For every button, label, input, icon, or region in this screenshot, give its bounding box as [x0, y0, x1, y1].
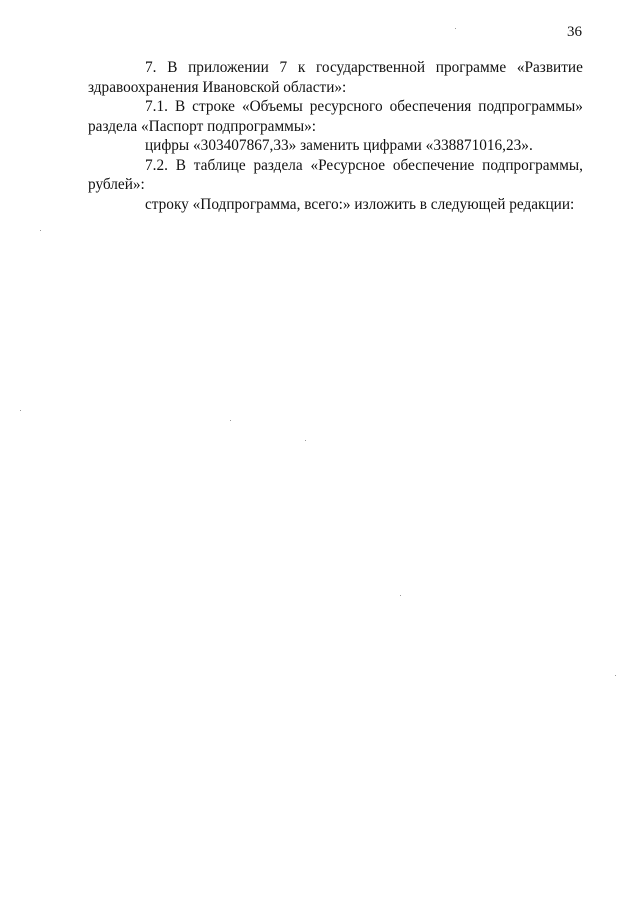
paragraph-7-1-line-2: раздела «Паспорт подпрограммы»:: [88, 117, 583, 137]
page-number: 36: [567, 24, 582, 41]
paragraph-7: 7. В приложении 7 к государственной прог…: [88, 58, 583, 97]
paragraph-7-line-1: 7. В приложении 7 к государственной прог…: [88, 58, 583, 78]
paragraph-7-1-figures: цифры «303407867,33» заменить цифрами «3…: [88, 136, 583, 156]
paragraph-7-2: 7.2. В таблице раздела «Ресурсное обеспе…: [88, 156, 583, 195]
word: В: [167, 58, 177, 78]
paragraph-7-2-row-line-1: строку «Подпрограмма, всего:» изложить в…: [88, 195, 583, 215]
word: ресурсного: [310, 97, 383, 117]
scan-speck: [230, 420, 231, 421]
document-body: 7. В приложении 7 к государственной прог…: [88, 58, 583, 214]
word: В: [175, 97, 185, 117]
paragraph-7-2-row: строку «Подпрограмма, всего:» изложить в…: [88, 195, 583, 215]
paragraph-7-1: 7.1. В строке «Объемы ресурсного обеспеч…: [88, 97, 583, 136]
paragraph-7-2-line-2: рублей»:: [88, 175, 583, 195]
word: программе: [436, 58, 506, 78]
scan-speck: [20, 410, 21, 411]
word: строке: [192, 97, 235, 117]
paragraph-7-1-figures-line-1: цифры «303407867,33» заменить цифрами «3…: [88, 136, 583, 156]
word: 7.1.: [145, 97, 168, 117]
word: подпрограммы»: [478, 97, 583, 117]
scan-speck: [615, 675, 616, 676]
word: 7: [279, 58, 287, 78]
scan-speck: [400, 595, 401, 596]
paragraph-7-line-2: здравоохранения Ивановской области»:: [88, 78, 583, 98]
word: к: [298, 58, 305, 78]
word: государственной: [316, 58, 425, 78]
word: подпрограммы,: [482, 156, 583, 176]
paragraph-7-1-line-1: 7.1. В строке «Объемы ресурсного обеспеч…: [88, 97, 583, 117]
word: В: [176, 156, 186, 176]
word: раздела: [253, 156, 302, 176]
word: «Объемы: [242, 97, 303, 117]
word: 7.2.: [145, 156, 168, 176]
word: «Ресурсное: [310, 156, 385, 176]
scan-speck: [305, 440, 306, 441]
word: таблице: [194, 156, 246, 176]
word: «Развитие: [517, 58, 583, 78]
word: 7.: [145, 58, 156, 78]
word: обеспечение: [393, 156, 474, 176]
paragraph-7-2-line-1: 7.2. В таблице раздела «Ресурсное обеспе…: [88, 156, 583, 176]
word: приложении: [188, 58, 269, 78]
word: обеспечения: [390, 97, 472, 117]
scan-speck: [40, 230, 41, 231]
scan-speck: [455, 28, 456, 29]
